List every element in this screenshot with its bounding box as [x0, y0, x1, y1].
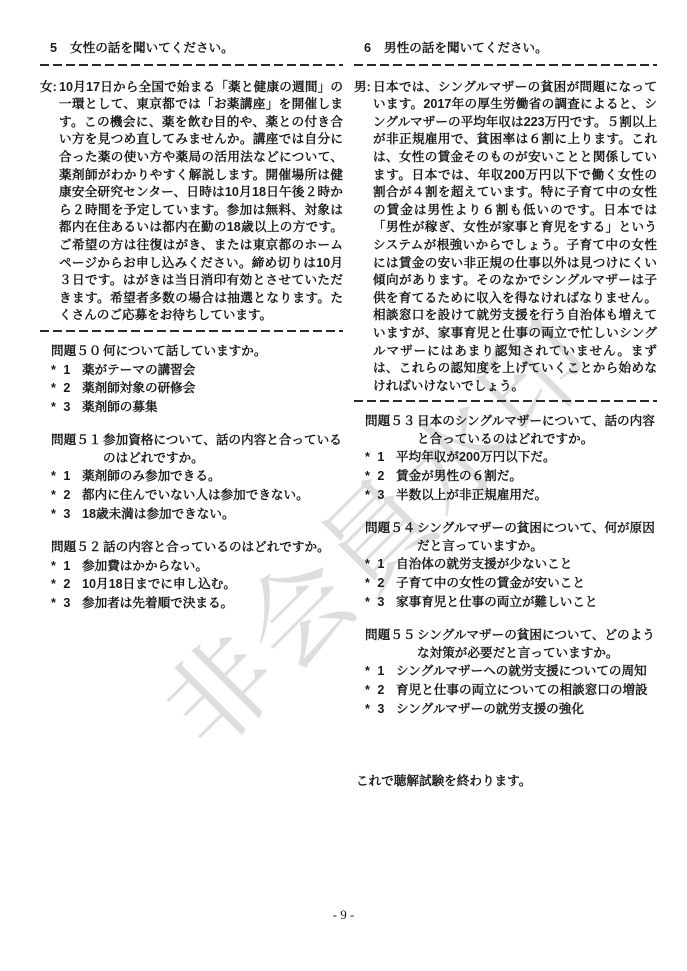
question-53: 問題５３ 日本のシングルマザーについて、話の内容と合っているのはどれですか。 *…: [354, 413, 657, 504]
answer-choice: * 2 都内に住んでいない人は参加できない。: [51, 487, 343, 505]
dashed-separator: [40, 330, 343, 332]
choice-text: 18歳未満は参加できない。: [82, 506, 343, 524]
choice-marker: * 3: [365, 487, 396, 505]
choice-marker: * 1: [365, 556, 396, 574]
choice-text: 育児と仕事の両立についての相談窓口の増設: [396, 682, 657, 700]
speech-text: 日本では、シングルマザーの貧困が問題になっています。2017年の厚生労働省の調査…: [373, 80, 657, 393]
choice-text: 薬剤師のみ参加できる。: [82, 468, 343, 486]
answer-choice: * 2 薬剤師対象の研修会: [51, 380, 343, 398]
left-column: 5 女性の話を聞いてください。 女: 10月17日から全国で始まる「薬と健康の週…: [40, 40, 343, 613]
question-55: 問題５５ シングルマザーの貧困について、どのような対策が必要だと言っていますか。…: [354, 627, 657, 718]
speaker-label: 女:: [40, 79, 57, 97]
question-header: 問題５５ シングルマザーの貧困について、どのような対策が必要だと言っていますか。: [365, 627, 657, 662]
choice-text: 自治体の就労支援が少ないこと: [396, 556, 657, 574]
answer-choice: * 1 シングルマザーへの就労支援についての周知: [365, 663, 657, 681]
question-number: 問題５２: [51, 539, 103, 557]
choice-marker: * 1: [365, 663, 396, 681]
choice-text: 半数以上が非正規雇用だ。: [396, 487, 657, 505]
answer-choice: * 3 参加者は先着順で決まる。: [51, 595, 343, 613]
question-header: 問題５２ 話の内容と合っているのはどれですか。: [51, 539, 343, 557]
choice-marker: * 3: [51, 595, 82, 613]
choice-marker: * 1: [51, 362, 82, 380]
answer-choice: * 3 薬剤師の募集: [51, 399, 343, 417]
choice-marker: * 1: [51, 468, 82, 486]
choice-text: 都内に住んでいない人は参加できない。: [82, 487, 343, 505]
answer-choice: * 1 平均年収が200万円以下だ。: [365, 449, 657, 467]
answer-choice: * 2 育児と仕事の両立についての相談窓口の増設: [365, 682, 657, 700]
answer-choice: * 1 参加費はかからない。: [51, 558, 343, 576]
answer-choice: * 3 家事育児と仕事の両立が難しいこと: [365, 594, 657, 612]
two-column-layout: 5 女性の話を聞いてください。 女: 10月17日から全国で始まる「薬と健康の週…: [0, 0, 687, 791]
question-50: 問題５０ 何について話していますか。 * 1 薬がテーマの講習会 * 2 薬剤師…: [40, 343, 343, 416]
choice-marker: * 3: [365, 594, 396, 612]
choice-text: 10月18日までに申し込む。: [82, 576, 343, 594]
question-number: 問題５５: [365, 627, 417, 662]
choice-marker: * 2: [365, 468, 396, 486]
closing-statement: これで聴解試験を終わります。: [354, 773, 657, 791]
choice-text: 参加費はかからない。: [82, 558, 343, 576]
speech-text: 10月17日から全国で始まる「薬と健康の週間」の一環として、東京都では「お薬講座…: [59, 80, 343, 323]
question-52: 問題５２ 話の内容と合っているのはどれですか。 * 1 参加費はかからない。 *…: [40, 539, 343, 612]
choice-marker: * 2: [365, 682, 396, 700]
page-number: - 9 -: [0, 907, 687, 923]
choice-marker: * 2: [365, 575, 396, 593]
speech-female: 女: 10月17日から全国で始まる「薬と健康の週間」の一環として、東京都では「お…: [40, 79, 343, 325]
choice-text: シングルマザーへの就労支援についての周知: [396, 663, 657, 681]
question-text: 何について話していますか。: [103, 343, 343, 361]
question-text: シングルマザーの貧困について、どのような対策が必要だと言っていますか。: [417, 627, 657, 662]
speech-male: 男: 日本では、シングルマザーの貧困が問題になっています。2017年の厚生労働省…: [354, 79, 657, 396]
answer-choice: * 1 自治体の就労支援が少ないこと: [365, 556, 657, 574]
choice-text: 薬がテーマの講習会: [82, 362, 343, 380]
dashed-separator: [40, 64, 343, 66]
speaker-label: 男:: [354, 79, 371, 97]
question-text: 参加資格について、話の内容と合っているのはどれですか。: [103, 432, 343, 467]
question-text: 話の内容と合っているのはどれですか。: [103, 539, 343, 557]
question-header: 問題５４ シングルマザーの貧困について、何が原因だと言っていますか。: [365, 520, 657, 555]
question-header: 問題５０ 何について話していますか。: [51, 343, 343, 361]
question-header: 問題５３ 日本のシングルマザーについて、話の内容と合っているのはどれですか。: [365, 413, 657, 448]
choice-marker: * 1: [51, 558, 82, 576]
choice-text: 平均年収が200万円以下だ。: [396, 449, 657, 467]
answer-choice: * 3 シングルマザーの就労支援の強化: [365, 701, 657, 719]
answer-choice: * 2 子育て中の女性の賃金が安いこと: [365, 575, 657, 593]
choice-marker: * 3: [51, 506, 82, 524]
question-51: 問題５１ 参加資格について、話の内容と合っているのはどれですか。 * 1 薬剤師…: [40, 432, 343, 523]
choice-text: 参加者は先着順で決まる。: [82, 595, 343, 613]
answer-choice: * 1 薬がテーマの講習会: [51, 362, 343, 380]
choice-text: 家事育児と仕事の両立が難しいこと: [396, 594, 657, 612]
section-instruction: 男性の話を聞いてください。: [384, 40, 548, 58]
right-column: 6 男性の話を聞いてください。 男: 日本では、シングルマザーの貧困が問題になっ…: [354, 40, 657, 791]
choice-marker: * 1: [365, 449, 396, 467]
answer-choice: * 2 10月18日までに申し込む。: [51, 576, 343, 594]
section-number: 6: [364, 40, 371, 58]
question-number: 問題５１: [51, 432, 103, 467]
choice-text: シングルマザーの就労支援の強化: [396, 701, 657, 719]
question-header: 問題５１ 参加資格について、話の内容と合っているのはどれですか。: [51, 432, 343, 467]
answer-choice: * 1 薬剤師のみ参加できる。: [51, 468, 343, 486]
choice-marker: * 2: [51, 380, 82, 398]
choice-marker: * 2: [51, 576, 82, 594]
question-number: 問題５０: [51, 343, 103, 361]
choice-marker: * 3: [365, 701, 396, 719]
choice-marker: * 2: [51, 487, 82, 505]
choice-text: 薬剤師対象の研修会: [82, 380, 343, 398]
question-number: 問題５３: [365, 413, 417, 448]
dashed-separator: [354, 400, 657, 402]
answer-choice: * 3 半数以上が非正規雇用だ。: [365, 487, 657, 505]
question-number: 問題５４: [365, 520, 417, 555]
question-text: シングルマザーの貧困について、何が原因だと言っていますか。: [417, 520, 657, 555]
answer-choice: * 2 賃金が男性の６割だ。: [365, 468, 657, 486]
section-instruction: 女性の話を聞いてください。: [70, 40, 234, 58]
answer-choice: * 3 18歳未満は参加できない。: [51, 506, 343, 524]
question-54: 問題５４ シングルマザーの貧困について、何が原因だと言っていますか。 * 1 自…: [354, 520, 657, 611]
section-header-5: 5 女性の話を聞いてください。: [40, 40, 343, 58]
section-number: 5: [50, 40, 57, 58]
dashed-separator: [354, 64, 657, 66]
choice-text: 子育て中の女性の賃金が安いこと: [396, 575, 657, 593]
choice-text: 薬剤師の募集: [82, 399, 343, 417]
document-page: 非会員水印 5 女性の話を聞いてください。 女: 10月17日から全国で始まる「…: [0, 0, 687, 971]
section-header-6: 6 男性の話を聞いてください。: [354, 40, 657, 58]
choice-marker: * 3: [51, 399, 82, 417]
choice-text: 賃金が男性の６割だ。: [396, 468, 657, 486]
question-text: 日本のシングルマザーについて、話の内容と合っているのはどれですか。: [417, 413, 657, 448]
